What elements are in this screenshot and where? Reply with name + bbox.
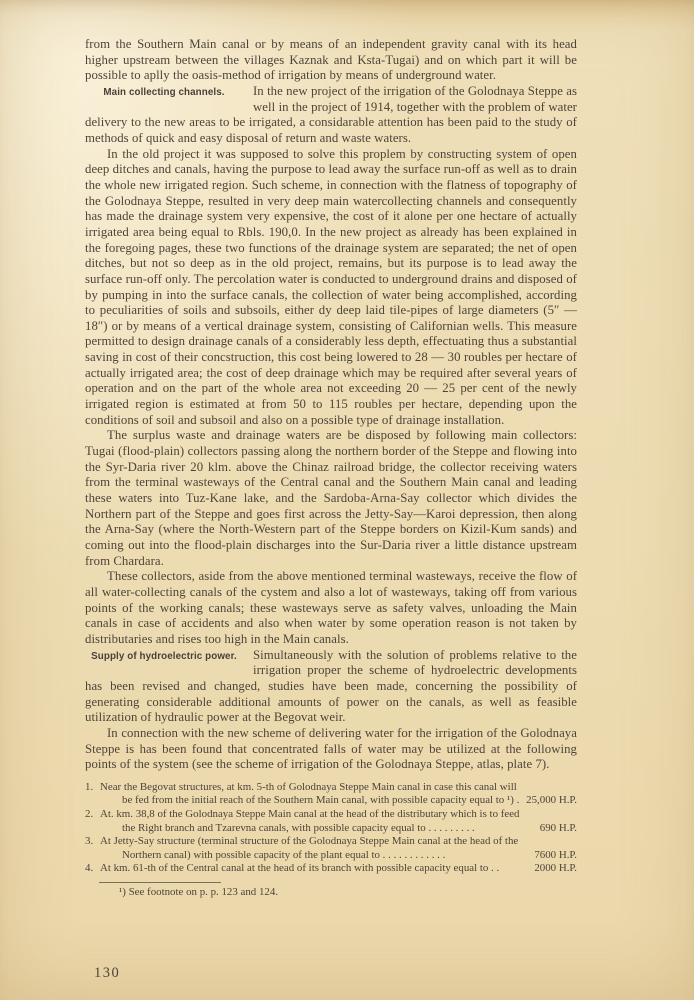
footnote-item: 4.At km. 61-th of the Central canal at t… xyxy=(85,862,577,876)
footnote-separator-rule xyxy=(99,882,221,883)
footnote-item-text: At km. 61-th of the Central canal at the… xyxy=(100,862,528,876)
footnote-item-value: 690 H.P. xyxy=(534,822,577,836)
footnote-list: 1.Near the Begovat structures, at km. 5-… xyxy=(85,781,577,876)
footnote-item-value: 2000 H.P. xyxy=(528,862,577,876)
footnote-item-number: 4. xyxy=(85,862,100,876)
footnote-item-number: 1. xyxy=(85,781,100,808)
footnote-item-text: Near the Begovat structures, at km. 5-th… xyxy=(100,781,520,808)
paragraph: The surplus waste and drainage waters ar… xyxy=(85,428,577,569)
margin-note: Supply of hydroelectric power. xyxy=(85,648,253,679)
paragraph: Supply of hydroelectric power.Simultaneo… xyxy=(85,648,577,726)
footnote-item: 2.At. km. 38,8 of the Golodnaya Steppe M… xyxy=(85,808,577,835)
footnote-item-number: 2. xyxy=(85,808,100,835)
paragraph: In connection with the new scheme of del… xyxy=(85,726,577,773)
footnote-item-text: At Jetty-Say structure (terminal structu… xyxy=(100,835,528,862)
footnote-item: 1.Near the Begovat structures, at km. 5-… xyxy=(85,781,577,808)
footnote-reference: ¹) See footnote on p. p. 123 and 124. xyxy=(85,886,577,900)
paragraph: These collectors, aside from the above m… xyxy=(85,569,577,647)
footnote-item-value: 25,000 H.P. xyxy=(520,794,577,808)
page-number: 130 xyxy=(94,965,120,982)
text-column: from the Southern Main canal or by means… xyxy=(85,37,577,773)
footnote-item-number: 3. xyxy=(85,835,100,862)
footnotes-section: 1.Near the Begovat structures, at km. 5-… xyxy=(85,781,577,900)
footnote-item: 3.At Jetty-Say structure (terminal struc… xyxy=(85,835,577,862)
footnote-item-text: At. km. 38,8 of the Golodnaya Steppe Mai… xyxy=(100,808,534,835)
margin-note: Main collecting channels. xyxy=(85,84,253,115)
footnote-item-value: 7600 H.P. xyxy=(528,849,577,863)
paragraph: from the Southern Main canal or by means… xyxy=(85,37,577,84)
book-page: from the Southern Main canal or by means… xyxy=(0,0,694,1000)
paragraph: Main collecting channels.In the new proj… xyxy=(85,84,577,147)
paragraph: In the old project it was supposed to so… xyxy=(85,147,577,429)
